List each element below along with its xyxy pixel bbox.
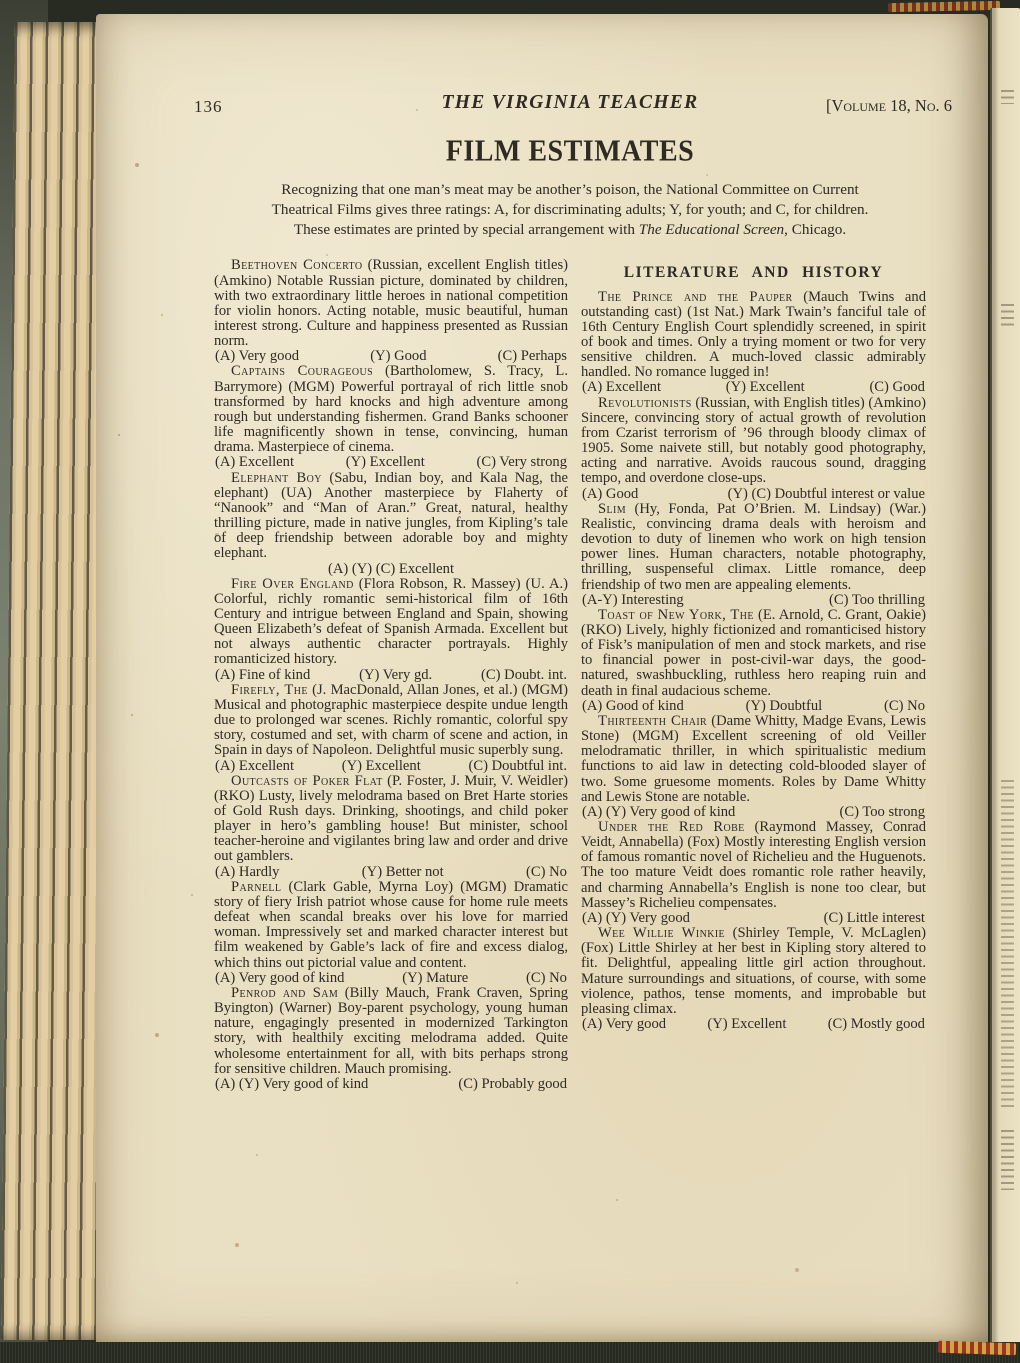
- film-entry-paragraph: Beethoven Concerto (Russian, excellent E…: [214, 258, 568, 349]
- book-cover-bottom: [0, 1342, 1020, 1363]
- film-title: Toast of New York, The: [598, 607, 754, 623]
- rating-part: (A) Excellent: [215, 759, 294, 774]
- rating-part: (A) Very good of kind: [215, 971, 344, 986]
- rating-part: (Y) Very gd.: [359, 668, 432, 683]
- rating-part: (C) No: [526, 865, 567, 880]
- film-entry-paragraph: Under the Red Robe (Raymond Massey, Conr…: [581, 820, 926, 911]
- rating-part: (Y) Better not: [362, 865, 444, 880]
- film-entry: Under the Red Robe (Raymond Massey, Conr…: [581, 820, 926, 926]
- film-ratings-line: (A) Excellent(Y) Excellent(C) Good: [581, 380, 926, 395]
- page-content: 136 THE VIRGINIA TEACHER [Volume 18, No.…: [214, 92, 926, 1092]
- film-entry-paragraph: Outcasts of Poker Flat (P. Foster, J. Mu…: [214, 774, 568, 865]
- rating-part: (A) Excellent: [215, 455, 294, 470]
- rating-part: (C) Doubtful int.: [468, 759, 567, 774]
- rating-part: (C) Doubt. int.: [481, 668, 567, 683]
- volume-issue-label: [Volume 18, No. 6: [826, 96, 952, 116]
- film-entry-paragraph: Revolutionists (Russian, with English ti…: [581, 396, 926, 487]
- film-entry: Wee Willie Winkie (Shirley Temple, V. Mc…: [581, 926, 926, 1032]
- film-title: Penrod and Sam: [231, 985, 338, 1001]
- film-entry: Penrod and Sam (Billy Mauch, Frank Crave…: [214, 986, 568, 1092]
- rating-part: (Y) Mature: [402, 971, 468, 986]
- book-page: 136 THE VIRGINIA TEACHER [Volume 18, No.…: [96, 14, 988, 1344]
- film-entry: The Prince and the Pauper (Mauch Twins a…: [581, 290, 926, 396]
- film-title: Revolutionists: [598, 395, 692, 411]
- film-title: Beethoven Concerto: [231, 257, 363, 273]
- film-entry-paragraph: Fire Over England (Flora Robson, R. Mass…: [214, 577, 568, 668]
- film-ratings-line: (A) (Y) Very good of kind(C) Too strong: [581, 805, 926, 820]
- rating-part: (C) Good: [869, 380, 925, 395]
- film-entry: Outcasts of Poker Flat (P. Foster, J. Mu…: [214, 774, 568, 880]
- film-title: Parnell: [231, 879, 281, 895]
- intro-text-after: , Chicago.: [784, 221, 846, 238]
- rating-part: (A) Good: [582, 487, 638, 502]
- film-entry-paragraph: The Prince and the Pauper (Mauch Twins a…: [581, 290, 926, 381]
- rating-part: (A) (Y) Very good of kind: [215, 1077, 368, 1092]
- bleed-text-fragment: [1001, 1130, 1014, 1190]
- film-ratings-line: (A) Very good of kind(Y) Mature(C) No: [214, 971, 568, 986]
- film-entry: Revolutionists (Russian, with English ti…: [581, 396, 926, 502]
- bleed-text-fragment: [1001, 90, 1014, 104]
- film-ratings-line: (A-Y) Interesting(C) Too thrilling: [581, 593, 926, 608]
- film-title: Thirteenth Chair: [598, 713, 707, 729]
- next-page-sliver: [990, 8, 1020, 1344]
- rating-part: (C) No: [526, 971, 567, 986]
- left-column: Beethoven Concerto (Russian, excellent E…: [214, 258, 568, 1092]
- film-entry: Parnell (Clark Gable, Myrna Loy) (MGM) D…: [214, 880, 568, 986]
- rating-part: (A-Y) Interesting: [582, 593, 684, 608]
- film-entry-paragraph: Captains Courageous (Bartholomew, S. Tra…: [214, 364, 568, 455]
- film-entry: Toast of New York, The (E. Arnold, C. Gr…: [581, 608, 926, 714]
- film-entry: Slim (Hy, Fonda, Pat O’Brien. M. Lindsay…: [581, 502, 926, 608]
- rating-part: (Y) Excellent: [707, 1017, 786, 1032]
- film-ratings-line: (A) Fine of kind(Y) Very gd.(C) Doubt. i…: [214, 668, 568, 683]
- rating-part: (A) Good of kind: [582, 699, 684, 714]
- film-ratings-line: (A) Excellent(Y) Excellent(C) Very stron…: [214, 455, 568, 470]
- film-title: Captains Courageous: [231, 363, 373, 379]
- film-title: Under the Red Robe: [598, 819, 745, 835]
- film-entry: Elephant Boy (Sabu, Indian boy, and Kala…: [214, 471, 568, 577]
- film-title: Firefly, The: [231, 682, 308, 698]
- film-description: (Hy, Fonda, Pat O’Brien. M. Lindsay) (Wa…: [581, 501, 926, 593]
- rating-part: (C) Too thrilling: [829, 593, 925, 608]
- rating-part: (A) Very good: [215, 349, 299, 364]
- rating-part: (A) (Y) Very good: [582, 911, 690, 926]
- film-title: Slim: [598, 501, 626, 517]
- film-entry-paragraph: Parnell (Clark Gable, Myrna Loy) (MGM) D…: [214, 880, 568, 971]
- film-entry: Fire Over England (Flora Robson, R. Mass…: [214, 577, 568, 683]
- film-entry-paragraph: Wee Willie Winkie (Shirley Temple, V. Mc…: [581, 926, 926, 1017]
- rating-part: (A) Excellent: [582, 380, 661, 395]
- film-entry-paragraph: Toast of New York, The (E. Arnold, C. Gr…: [581, 608, 926, 699]
- bleed-text-fragment: [1001, 304, 1014, 328]
- film-ratings-line: (A) Good of kind(Y) Doubtful(C) No: [581, 699, 926, 714]
- running-header: 136 THE VIRGINIA TEACHER [Volume 18, No.…: [214, 92, 926, 120]
- film-ratings-line: (A) Very good(Y) Good(C) Perhaps: [214, 349, 568, 364]
- rating-part: (A) Very good: [582, 1017, 666, 1032]
- film-ratings-line: (A) (Y) Very good(C) Little interest: [581, 911, 926, 926]
- right-column: LITERATURE AND HISTORY The Prince and th…: [581, 258, 926, 1092]
- film-entry-paragraph: Elephant Boy (Sabu, Indian boy, and Kala…: [214, 471, 568, 562]
- right-column-entries: The Prince and the Pauper (Mauch Twins a…: [581, 290, 926, 1033]
- article-title: FILM ESTIMATES: [214, 135, 926, 170]
- journal-title: THE VIRGINIA TEACHER: [442, 92, 699, 114]
- rating-part: (C) No: [884, 699, 925, 714]
- film-title: Wee Willie Winkie: [598, 925, 725, 941]
- film-ratings-line: (A) Hardly(Y) Better not(C) No: [214, 865, 568, 880]
- rating-part: (C) Perhaps: [498, 349, 567, 364]
- rating-part: (A) (Y) Very good of kind: [582, 805, 735, 820]
- rating-part: (Y) Excellent: [346, 455, 425, 470]
- film-ratings-line: (A) Excellent(Y) Excellent(C) Doubtful i…: [214, 759, 568, 774]
- intro-paragraph: Recognizing that one man’s meat may be a…: [263, 180, 877, 239]
- film-entry-paragraph: Penrod and Sam (Billy Mauch, Frank Crave…: [214, 986, 568, 1077]
- book-headband-top: [888, 1, 1000, 12]
- rating-part: (Y) Excellent: [342, 759, 421, 774]
- film-title: Outcasts of Poker Flat: [231, 773, 383, 789]
- scanned-book-page: 136 THE VIRGINIA TEACHER [Volume 18, No.…: [0, 0, 1020, 1363]
- rating-part: (Y) Excellent: [726, 380, 805, 395]
- intro-publication-name: The Educational Screen: [639, 221, 784, 238]
- rating-part: (Y) Doubtful: [746, 699, 823, 714]
- film-ratings-line: (A) (Y) Very good of kind(C) Probably go…: [214, 1077, 568, 1092]
- film-title: Elephant Boy: [231, 470, 322, 486]
- film-entry-paragraph: Slim (Hy, Fonda, Pat O’Brien. M. Lindsay…: [581, 502, 926, 593]
- film-title: The Prince and the Pauper: [598, 289, 793, 305]
- film-entry: Firefly, The (J. MacDonald, Allan Jones,…: [214, 683, 568, 774]
- film-ratings-line: (A) (Y) (C) Excellent: [214, 562, 568, 577]
- film-title: Fire Over England: [231, 576, 354, 592]
- bleed-text-fragment: [1001, 780, 1014, 1110]
- section-heading: LITERATURE AND HISTORY: [581, 265, 926, 280]
- rating-part: (Y) (C) Doubtful interest or value: [728, 487, 925, 502]
- rating-part: (C) Probably good: [458, 1077, 567, 1092]
- rating-part: (Y) Good: [370, 349, 426, 364]
- film-entry: Beethoven Concerto (Russian, excellent E…: [214, 258, 568, 364]
- rating-part: (C) Little interest: [824, 911, 925, 926]
- rating-part: (A) Fine of kind: [215, 668, 310, 683]
- film-entry: Captains Courageous (Bartholomew, S. Tra…: [214, 364, 568, 470]
- two-column-layout: Beethoven Concerto (Russian, excellent E…: [214, 258, 926, 1092]
- rating-part: (C) Very strong: [476, 455, 567, 470]
- film-ratings-line: (A) Good(Y) (C) Doubtful interest or val…: [581, 487, 926, 502]
- rating-part: (A) (Y) (C) Excellent: [328, 562, 454, 577]
- film-entry: Thirteenth Chair (Dame Whitty, Madge Eva…: [581, 714, 926, 820]
- rating-part: (A) Hardly: [215, 865, 279, 880]
- rating-part: (C) Mostly good: [828, 1017, 925, 1032]
- page-number: 136: [194, 97, 223, 117]
- film-ratings-line: (A) Very good(Y) Excellent(C) Mostly goo…: [581, 1017, 926, 1032]
- film-entry-paragraph: Thirteenth Chair (Dame Whitty, Madge Eva…: [581, 714, 926, 805]
- film-entry-paragraph: Firefly, The (J. MacDonald, Allan Jones,…: [214, 683, 568, 759]
- rating-part: (C) Too strong: [840, 805, 925, 820]
